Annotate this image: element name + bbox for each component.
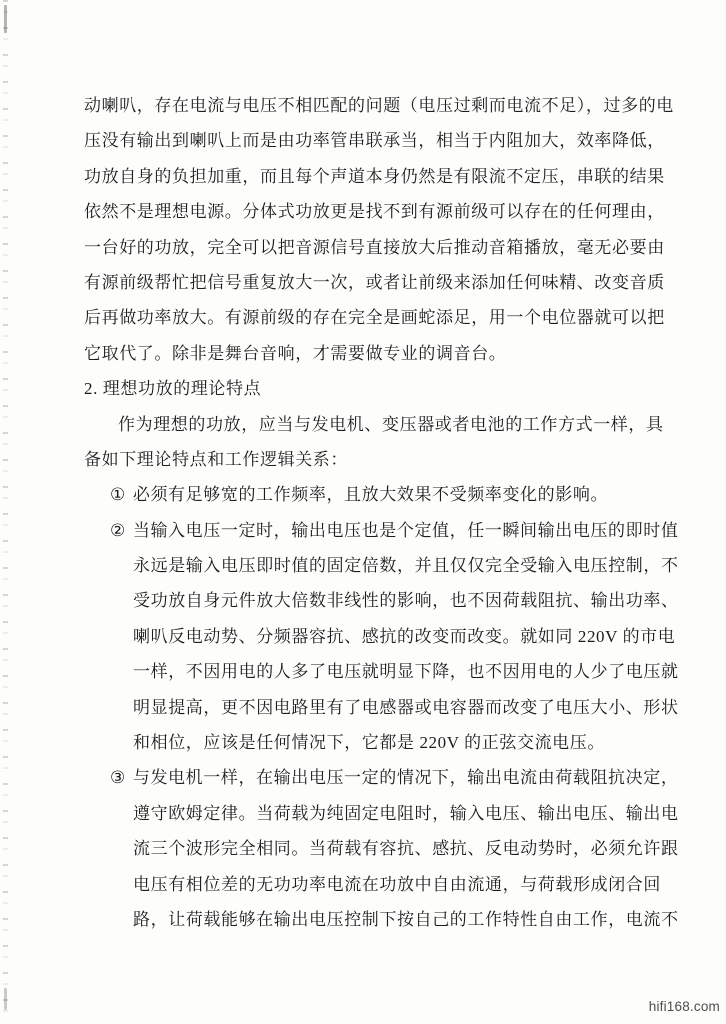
text-line: 它取代了。除非是舞台音响，才需要做专业的调音台。	[84, 336, 694, 371]
text-line: 流三个波形完全相同。当荷载有容抗、感抗、反电动势时，必须允许跟	[84, 831, 694, 866]
list-marker: ③	[110, 768, 126, 787]
text-line: 路，让荷载能够在输出电压控制下按自己的工作特性自由工作，电流不	[84, 902, 694, 937]
line-text: 遵守欧姆定律。当荷载为纯固定电阻时，输入电压、输出电压、输出电	[133, 804, 679, 823]
scan-edge-mark-bottom	[4, 988, 7, 1010]
line-text: 流三个波形完全相同。当荷载有容抗、感抗、反电动势时，必须允许跟	[133, 839, 679, 858]
text-line: 有源前级帮忙把信号重复放大一次，或者让前级来添加任何味精、改变音质	[84, 265, 694, 300]
text-line: ③与发电机一样，在输出电压一定的情况下，输出电流由荷载阻抗决定，	[84, 760, 694, 795]
text-line: 作为理想的功放，应当与发电机、变压器或者电池的工作方式一样，具	[84, 407, 694, 442]
line-text: 与发电机一样，在输出电压一定的情况下，输出电流由荷载阻抗决定，	[133, 768, 679, 787]
line-text: 路，让荷载能够在输出电压控制下按自己的工作特性自由工作，电流不	[133, 910, 679, 929]
scan-edge-mark-top	[4, 5, 7, 33]
line-text: 永远是输入电压即时值的固定倍数，并且仅仅完全受输入电压控制，不	[133, 556, 679, 575]
text-line: 功放自身的负担加重，而且每个声道本身仍然是有限流不定压，串联的结果	[84, 159, 694, 194]
line-text: 备如下理论特点和工作逻辑关系：	[84, 450, 348, 469]
document-text-block: 动喇叭，存在电流与电压不相匹配的问题（电压过剩而电流不足），过多的电 压没有输出…	[84, 88, 694, 937]
line-text: 受功放自身元件放大倍数非线性的影响，也不因荷载阻抗、输出功率、	[133, 591, 679, 610]
text-line: ①必须有足够宽的工作频率，且放大效果不受频率变化的影响。	[84, 477, 694, 512]
line-text: 作为理想的功放，应当与发电机、变压器或者电池的工作方式一样，具	[118, 415, 664, 434]
text-line: 一样，不因用电的人多了电压就明显下降，也不因用电的人少了电压就	[84, 654, 694, 689]
text-line: 动喇叭，存在电流与电压不相匹配的问题（电压过剩而电流不足），过多的电	[84, 88, 694, 123]
line-text: 2. 理想功放的理论特点	[84, 379, 261, 398]
line-text: 功放自身的负担加重，而且每个声道本身仍然是有限流不定压，串联的结果	[84, 167, 665, 186]
line-text: 必须有足够宽的工作频率，且放大效果不受频率变化的影响。	[133, 485, 608, 504]
line-text: 动喇叭，存在电流与电压不相匹配的问题（电压过剩而电流不足），过多的电	[84, 96, 674, 115]
line-text: 它取代了。除非是舞台音响，才需要做专业的调音台。	[84, 344, 506, 363]
text-line: 和相位，应该是任何情况下，它都是 220V 的正弦交流电压。	[84, 725, 694, 760]
text-line: 电压有相位差的无功功率电流在功放中自由流通，与荷载形成闭合回	[84, 867, 694, 902]
line-text: 喇叭反电动势、分频器容抗、感抗的改变而改变。就如同 220V 的市电	[133, 627, 675, 646]
scan-edge-artifacts	[3, 0, 8, 1024]
text-line: 2. 理想功放的理论特点	[84, 371, 694, 406]
line-text: 明显提高，更不因电路里有了电感器或电容器而改变了电压大小、形状	[133, 698, 679, 717]
line-text: 依然不是理想电源。分体式功放更是找不到有源前级可以存在的任何理由，	[84, 202, 665, 221]
line-text: 当输入电压一定时，输出电压也是个定值，任一瞬间输出电压的即时值	[133, 521, 679, 540]
text-line: 受功放自身元件放大倍数非线性的影响，也不因荷载阻抗、输出功率、	[84, 583, 694, 618]
text-line: 遵守欧姆定律。当荷载为纯固定电阻时，输入电压、输出电压、输出电	[84, 796, 694, 831]
line-text: 后再做功率放大。有源前级的存在完全是画蛇添足，用一个电位器就可以把	[84, 308, 665, 327]
scanned-document-page: 动喇叭，存在电流与电压不相匹配的问题（电压过剩而电流不足），过多的电 压没有输出…	[0, 0, 726, 1024]
line-text: 和相位，应该是任何情况下，它都是 220V 的正弦交流电压。	[133, 733, 605, 752]
text-line: 明显提高，更不因电路里有了电感器或电容器而改变了电压大小、形状	[84, 690, 694, 725]
text-line: ②当输入电压一定时，输出电压也是个定值，任一瞬间输出电压的即时值	[84, 513, 694, 548]
line-text: 电压有相位差的无功功率电流在功放中自由流通，与荷载形成闭合回	[133, 875, 661, 894]
line-text: 有源前级帮忙把信号重复放大一次，或者让前级来添加任何味精、改变音质	[84, 273, 665, 292]
line-text: 压没有输出到喇叭上而是由功率管串联承当，相当于内阻加大，效率降低，	[84, 131, 665, 150]
text-line: 一台好的功放，完全可以把音源信号直接放大后推动音箱播放，毫无必要由	[84, 230, 694, 265]
text-line: 依然不是理想电源。分体式功放更是找不到有源前级可以存在的任何理由，	[84, 194, 694, 229]
list-marker: ①	[110, 485, 126, 504]
text-line: 压没有输出到喇叭上而是由功率管串联承当，相当于内阻加大，效率降低，	[84, 123, 694, 158]
watermark-text: hifi168.com	[649, 999, 720, 1014]
list-marker: ②	[110, 521, 126, 540]
text-line: 后再做功率放大。有源前级的存在完全是画蛇添足，用一个电位器就可以把	[84, 300, 694, 335]
line-text: 一台好的功放，完全可以把音源信号直接放大后推动音箱播放，毫无必要由	[84, 238, 665, 257]
text-line: 永远是输入电压即时值的固定倍数，并且仅仅完全受输入电压控制，不	[84, 548, 694, 583]
text-line: 备如下理论特点和工作逻辑关系：	[84, 442, 694, 477]
text-line: 喇叭反电动势、分频器容抗、感抗的改变而改变。就如同 220V 的市电	[84, 619, 694, 654]
line-text: 一样，不因用电的人多了电压就明显下降，也不因用电的人少了电压就	[133, 662, 679, 681]
